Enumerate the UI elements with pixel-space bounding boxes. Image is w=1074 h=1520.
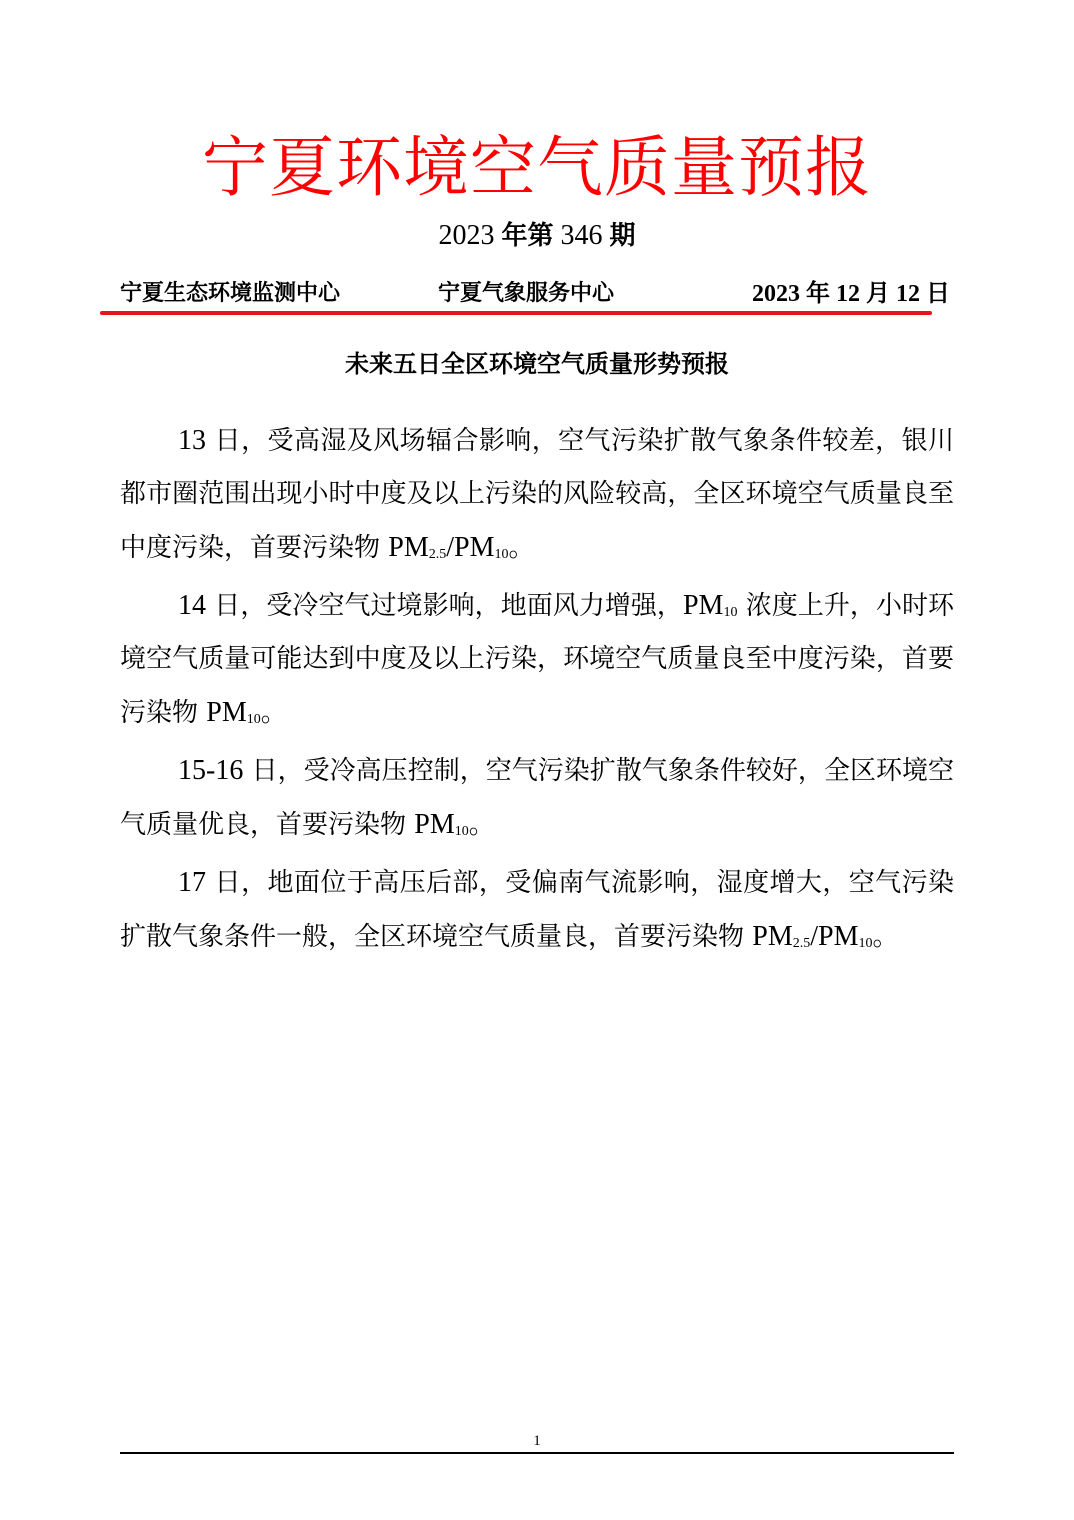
publish-date: 2023 年 12 月 12 日 bbox=[752, 276, 950, 312]
issue-number: 2023 年第 346 期 bbox=[0, 216, 1074, 256]
issue-number-value: 346 bbox=[561, 220, 603, 251]
forecast-paragraph-17: 17 日，地面位于高压后部，受偏南气流影响，湿度增大，空气污染扩散气象条件一般，… bbox=[120, 856, 954, 964]
forecast-paragraph-14: 14 日，受冷空气过境影响，地面风力增强，PM10 浓度上升，小时环境空气质量可… bbox=[120, 579, 954, 740]
issue-year: 2023 bbox=[438, 220, 494, 251]
issue-number-label: 期 bbox=[610, 221, 636, 251]
publisher-row: 宁夏生态环境监测中心 宁夏气象服务中心 2023 年 12 月 12 日 bbox=[120, 276, 950, 312]
issue-year-label: 年第 bbox=[501, 221, 553, 251]
forecast-paragraph-15-16: 15-16 日，受冷高压控制，空气污染扩散气象条件较好，全区环境空气质量优良，首… bbox=[120, 744, 954, 852]
publisher-meteorology: 宁夏气象服务中心 bbox=[438, 276, 614, 312]
red-header-rule bbox=[100, 311, 932, 315]
footer-rule bbox=[120, 1452, 954, 1454]
masthead-title: 宁夏环境空气质量预报 bbox=[0, 128, 1074, 208]
forecast-paragraph-13: 13 日，受高湿及风场辐合影响，空气污染扩散气象条件较差，银川都市圈范围出现小时… bbox=[120, 414, 954, 575]
publisher-eco-monitoring: 宁夏生态环境监测中心 bbox=[120, 276, 340, 312]
section-title: 未来五日全区环境空气质量形势预报 bbox=[0, 344, 1074, 384]
page-number: 1 bbox=[0, 1432, 1074, 1450]
forecast-body: 13 日，受高湿及风场辐合影响，空气污染扩散气象条件较差，银川都市圈范围出现小时… bbox=[120, 414, 954, 968]
